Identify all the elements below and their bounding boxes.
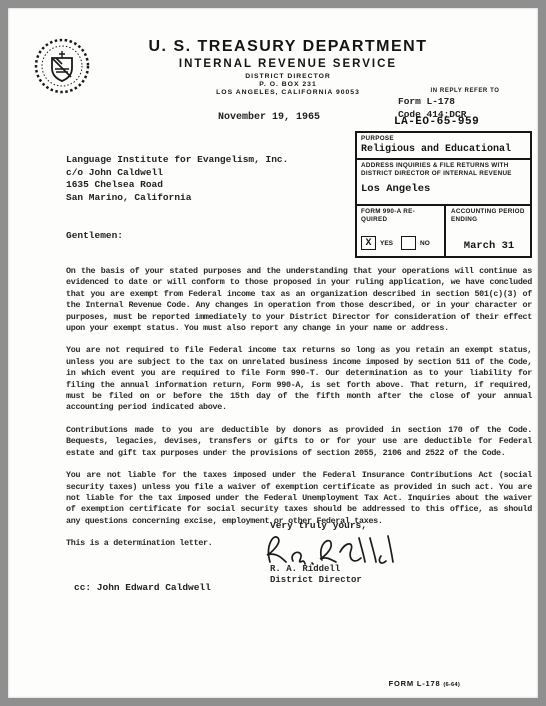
purpose-section: PURPOSE Religious and Educational [357, 133, 530, 160]
reply-label: IN REPLY REFER TO [390, 88, 540, 94]
letter-page: U. S. TREASURY DEPARTMENT INTERNAL REVEN… [8, 8, 538, 698]
purpose-value: Religious and Educational [361, 144, 526, 155]
agency-office: DISTRICT DIRECTOR [123, 73, 453, 80]
reply-form-ref: Form L-178 [398, 96, 540, 107]
accounting-period-cell: ACCOUNTING PERIOD ENDING March 31 [446, 206, 530, 256]
paragraph-contributions: Contributions made to you are deductible… [66, 425, 532, 459]
signer-name-title: R. A. Riddell District Director [270, 564, 362, 586]
recipient-address: Language Institute for Evangelism, Inc. … [66, 154, 288, 204]
accounting-value: March 31 [451, 240, 527, 252]
case-number-stamp: LA-EO-65-959 [394, 116, 540, 128]
letter-body: On the basis of your stated purposes and… [66, 266, 532, 561]
checkbox-row: X YES NO [361, 236, 441, 250]
address-label-line2: DISTRICT DIRECTOR OF INTERNAL REVENUE [361, 170, 526, 178]
reply-reference-block: IN REPLY REFER TO Form L-178 Code 414:DC… [390, 88, 540, 128]
signature-handwritten [260, 529, 400, 569]
address-inquiries-section: ADDRESS INQUIRIES & FILE RETURNS WITH DI… [357, 160, 530, 206]
salutation: Gentlemen: [66, 230, 123, 241]
letter-date: November 19, 1965 [218, 112, 320, 123]
cc-line: cc: John Edward Caldwell [74, 582, 211, 593]
accounting-label: ACCOUNTING PERIOD ENDING [451, 208, 527, 224]
yes-checkbox[interactable]: X [361, 236, 376, 250]
no-label: NO [420, 240, 430, 247]
agency-pobox: P. O. BOX 231 [123, 81, 453, 88]
determination-info-box: PURPOSE Religious and Educational ADDRES… [355, 131, 532, 258]
footer-form-rev: (6-64) [443, 682, 460, 688]
no-checkbox[interactable] [401, 236, 416, 250]
treasury-seal-icon [32, 36, 92, 96]
address-label-line1: ADDRESS INQUIRIES & FILE RETURNS WITH [361, 162, 526, 170]
agency-title: U. S. TREASURY DEPARTMENT [123, 38, 453, 56]
paragraph-filing-returns: You are not required to file Federal inc… [66, 345, 532, 413]
form-990a-label: FORM 990-A RE-QUIRED [361, 208, 441, 224]
bottom-row: FORM 990-A RE-QUIRED X YES NO ACCOUNTING… [357, 206, 530, 256]
form-number-footer: FORM L-178 (6-64) [389, 679, 460, 688]
purpose-label: PURPOSE [361, 135, 526, 143]
agency-subtitle: INTERNAL REVENUE SERVICE [123, 58, 453, 70]
form-990a-cell: FORM 990-A RE-QUIRED X YES NO [357, 206, 446, 256]
footer-form-label: FORM L-178 [389, 679, 441, 688]
paragraph-fica-futa: You are not liable for the taxes imposed… [66, 470, 532, 527]
yes-label: YES [380, 240, 393, 247]
address-value: Los Angeles [361, 183, 526, 195]
paragraph-exempt-status: On the basis of your stated purposes and… [66, 266, 532, 334]
